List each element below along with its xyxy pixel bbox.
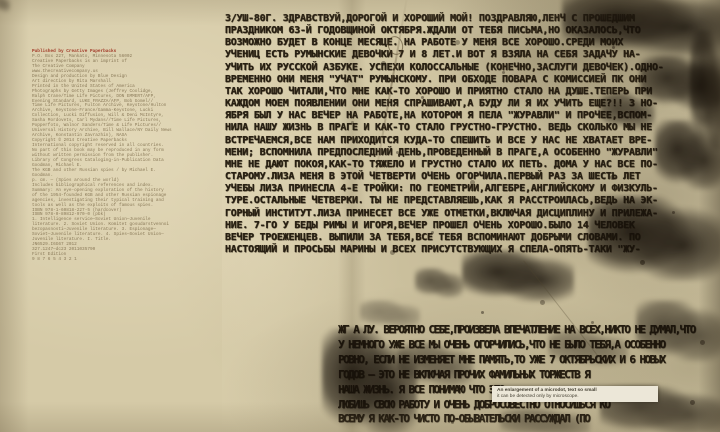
- letter-line: ТУРЕ.ОСТАЛЬНЫЕ ЧЕТВЕРКИ. ТЫ НЕ ПРЕДСТАВЛ…: [225, 195, 664, 207]
- ink-stain: [0, 0, 10, 12]
- letter-paragraph-2: ЖГ А ЛУ. ВЕРОЯТНО СЕБЕ,ПРОИЗВЕЛА ВПЕЧАТЛ…: [338, 323, 695, 427]
- letter-line: ЯБРЯ БЫЛ У НАС ВЕЧЕР НА РАБОТЕ,НА КОТОРО…: [225, 110, 664, 122]
- caption-line-2: it can be detected only by microscope.: [497, 394, 653, 400]
- book-spread: Published by Creative Paperbacks P.O. Bo…: [0, 0, 720, 432]
- letter-line: РОВНО, ЕСЛИ НЕ ИЗМЕНЯЕТ МНЕ ПАМЯТЬ,ТО УЖ…: [338, 353, 695, 368]
- letter-line: З/УШ-80Г. ЗДРАВСТВУЙ,ДОРОГОЙ И ХОРОШИЙ М…: [225, 13, 664, 25]
- credits-block: Design and production by Blue DesignArt …: [32, 75, 242, 90]
- letter-line: УЧЕБЫ ЛИЗА ПРИНЕСЛА 4-Е ТРОЙКИ: ПО ГЕОМЕ…: [225, 183, 664, 195]
- letter-line: ПРАЗДНИКОМ 63-Й ГОДОВЩИНОЙ ОКТЯБРЯ.ЖДАЛИ…: [225, 25, 664, 37]
- edition-block: First Edition9 8 7 6 5 4 3 2 1: [32, 253, 242, 263]
- letter-line: ВОЗМОЖНО БУДЕТ В КОНЦЕ МЕСЯЦЕ. НА РАБОТЕ…: [225, 37, 664, 49]
- letter-line: ВРЕМЕННО ОНИ МЕНЯ "УЧАТ" РУМЫНСКОМУ. ПРИ…: [225, 74, 664, 86]
- letter-line: СТАРОМУ.ЛИЗА МЕНЯ В ЭТОЙ ЧЕТВЕРТИ ОЧЕНЬ …: [225, 171, 664, 183]
- letter-line: ВЕЧЕР ТРОЕЖЕНЦЕВ. ВЫПИЛИ ЗА ТЕБЯ,ВСЕ ТЕБ…: [225, 232, 664, 244]
- microdot-caption-box: An enlargement of a microdot, text so sm…: [492, 386, 658, 402]
- publisher-block: Published by Creative Paperbacks P.O. Bo…: [32, 50, 242, 75]
- publisher-address: P.O. Box 227, Mankato, Minnesota 56002Cr…: [32, 55, 242, 75]
- letter-line: У НЕМНОГО УЖЕ ВСЕ МЫ ОЧЕНЬ ОГОРЧИЛИСЬ,ЧТ…: [338, 338, 695, 353]
- photo-credits-block: Photographs by Getty Images (Jeffrey Coo…: [32, 90, 242, 140]
- letter-line: ГОРНЫЙ ИНСТИТУТ.ЛИЗА ПРИНЕСЕТ ВСЕ УЖЕ ОТ…: [225, 208, 664, 220]
- letter-line: ВСЕМУ Я КАК-ТО ЧИСТО ПО-ОБЫВАТЕЛЬСКИ РАС…: [338, 412, 695, 427]
- colophon-page: Published by Creative Paperbacks P.O. Bo…: [32, 50, 242, 263]
- letter-line: НИЛА НАШУ ЖИЗНЬ В ПРАГЕ И КАК-ТО СТАЛО Г…: [225, 122, 664, 134]
- letter-line: УЧИТЬ ИХ РУССКОЙ АЗБУКЕ. УСПЕХИ КОЛОССАЛ…: [225, 62, 664, 74]
- letter-line: ВСТРЕЧАЕМСЯ,ВСЕ НАМ ПРИХОДИТСЯ КУДА-ТО С…: [225, 135, 664, 147]
- copyright-block: Copyright © 2014 Creative PaperbacksInte…: [32, 139, 242, 159]
- letter-line: НИЕ. 7-ГО У БЕДЫ РИМЫ И ИГОРЯ,ВЕЧЕР ПРОШ…: [225, 220, 664, 232]
- letter-paragraph-1: З/УШ-80Г. ЗДРАВСТВУЙ,ДОРОГОЙ И ХОРОШИЙ М…: [225, 13, 664, 256]
- loc-cataloging-block: Library of Congress Cataloging-in-Public…: [32, 159, 242, 243]
- letter-line: ЖГ А ЛУ. ВЕРОЯТНО СЕБЕ,ПРОИЗВЕЛА ВПЕЧАТЛ…: [338, 323, 695, 338]
- letter-line: НАСТОЯЩИЙ И ПРОСЬБЫ МАРИНЫ И ВСЕХ ПРИСУТ…: [225, 244, 664, 256]
- ink-speckles: [0, 0, 3, 3]
- letter-line: МНЕ НЕ ДАЮТ ПОКОЯ,КАК-ТО ТЯЖЕЛО И ГРУСТН…: [225, 159, 664, 171]
- letter-line: КАЖДОМ МОЕМ ПОЯВЛЕНИИ ОНИ МЕНЯ СПРАШИВАЮ…: [225, 98, 664, 110]
- colophon-line: 9 8 7 6 5 4 3 2 1: [32, 258, 242, 263]
- letter-line: МЕНИ; ВСПОМНИЛА ПРЕДПОСЛЕДНИЙ ДЕНЬ,ПРОВЕ…: [225, 147, 664, 159]
- letter-line: ГОДОВ — ЭТО НЕ ВКЛЮЧАЯ ПРОЧИХ ФАМИЛЬНЫХ …: [338, 368, 695, 383]
- letter-line: УЧЕНИЦ ЕСТЬ РУМЫНСКИЕ ДЕВОЧКИ 7 И 8 ЛЕТ.…: [225, 49, 664, 61]
- letter-line: ТАК ХОРОШО ЧИТАЛИ,ЧТО МНЕ КАК-ТО ХОРОШО …: [225, 86, 664, 98]
